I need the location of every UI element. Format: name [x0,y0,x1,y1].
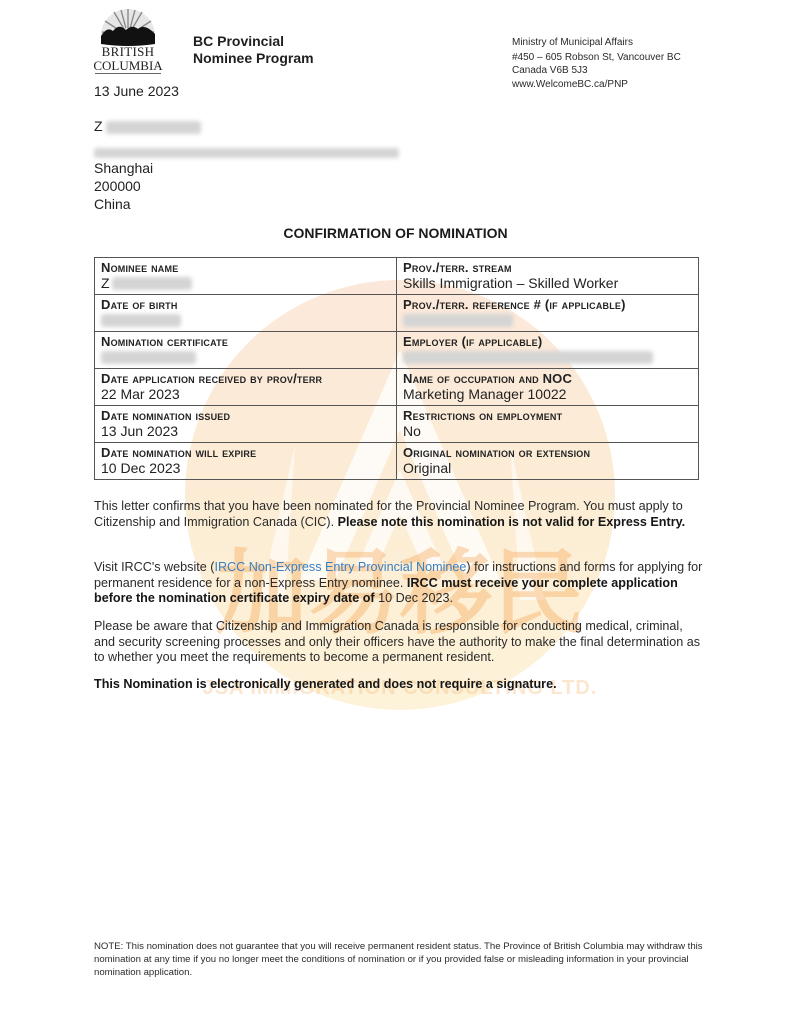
table-cell-right: Name of occupation and NOCMarketing Mana… [397,369,699,406]
paragraph-ircc: Visit IRCC's website (IRCC Non-Express E… [94,560,704,607]
bc-sun-mountains-logo-icon [99,6,157,46]
table-cell-right: Original nomination or extensionOriginal [397,443,699,480]
bc-logo: BRITISH COLUMBIA [89,6,167,74]
field-value: Marketing Manager 10022 [403,386,566,403]
redacted-street [94,148,399,158]
table-cell-left: Date application received by prov/terr22… [95,369,397,406]
footer-note: NOTE: This nomination does not guarantee… [94,941,704,979]
table-cell-left: Date of birth [95,295,397,332]
field-label: Date nomination issued [101,408,390,423]
field-label: Date of birth [101,297,390,312]
table-cell-right: Prov./terr. streamSkills Immigration – S… [397,258,699,295]
redacted-value [101,314,181,327]
field-label: Date nomination will expire [101,445,390,460]
ministry-website: www.WelcomeBC.ca/PNP [512,78,681,91]
table-row: Date nomination issued13 Jun 2023Restric… [95,406,699,443]
table-row: Date of birthProv./terr. reference # (if… [95,295,699,332]
p1-bold-text: Please note this nomination is not valid… [338,515,686,529]
recipient-postal-code: 200000 [94,177,399,195]
recipient-country: China [94,195,399,213]
field-label: Prov./terr. stream [403,260,692,275]
letter-date: 13 June 2023 [94,83,179,99]
redacted-value [403,314,513,327]
table-row: Nominee nameZProv./terr. streamSkills Im… [95,258,699,295]
recipient-street [94,143,399,159]
table-cell-right: Restrictions on employmentNo [397,406,699,443]
field-value: 13 Jun 2023 [101,423,178,440]
redacted-value [112,277,192,290]
table-row: Date nomination will expire10 Dec 2023Or… [95,443,699,480]
ministry-address-line2: Canada V6B 5J3 [512,64,681,77]
paragraph-screening: Please be aware that Citizenship and Imm… [94,619,704,666]
program-title-line1: BC Provincial [193,33,314,50]
field-value: Skills Immigration – Skilled Worker [403,275,618,292]
table-row: Date application received by prov/terr22… [95,369,699,406]
table-row: Nomination certificateEmployer (if appli… [95,332,699,369]
ministry-address-line1: #450 – 605 Robson St, Vancouver BC [512,51,681,64]
recipient-address: Z Shanghai 200000 China [94,117,399,213]
program-title: BC Provincial Nominee Program [193,33,314,67]
field-value: Original [403,460,451,477]
field-value: No [403,423,421,440]
document-title: CONFIRMATION OF NOMINATION [0,225,791,241]
nomination-details-table: Nominee nameZProv./terr. streamSkills Im… [94,257,699,480]
field-label: Prov./terr. reference # (if applicable) [403,297,692,312]
field-label: Nominee name [101,260,390,275]
field-value: Z [101,275,110,292]
recipient-name: Z [94,117,399,135]
logo-text-columbia: COLUMBIA [89,58,167,74]
p2-expiry-date: 10 Dec 2023. [375,591,453,605]
field-label: Original nomination or extension [403,445,692,460]
recipient-city: Shanghai [94,159,399,177]
ministry-name: Ministry of Municipal Affairs [512,36,681,49]
p4-bold-text: This Nomination is electronically genera… [94,677,557,691]
field-value: 10 Dec 2023 [101,460,180,477]
program-title-line2: Nominee Program [193,50,314,67]
redacted-value [403,351,653,364]
field-label: Employer (if applicable) [403,334,692,349]
recipient-name-initial: Z [94,118,103,134]
table-cell-left: Nominee nameZ [95,258,397,295]
table-cell-left: Date nomination issued13 Jun 2023 [95,406,397,443]
table-cell-right: Prov./terr. reference # (if applicable) [397,295,699,332]
logo-underline [95,73,161,74]
table-cell-left: Nomination certificate [95,332,397,369]
redacted-name [106,121,201,134]
field-label: Nomination certificate [101,334,390,349]
table-cell-right: Employer (if applicable) [397,332,699,369]
p2-prefix: Visit IRCC's website ( [94,560,214,574]
field-label: Date application received by prov/terr [101,371,390,386]
field-label: Name of occupation and NOC [403,371,692,386]
redacted-value [101,351,196,364]
ministry-address-block: Ministry of Municipal Affairs #450 – 605… [512,36,681,91]
paragraph-confirmation: This letter confirms that you have been … [94,499,704,530]
field-label: Restrictions on employment [403,408,692,423]
field-value: 22 Mar 2023 [101,386,180,403]
paragraph-signature-note: This Nomination is electronically genera… [94,677,704,693]
table-cell-left: Date nomination will expire10 Dec 2023 [95,443,397,480]
ircc-link[interactable]: IRCC Non-Express Entry Provincial Nomine… [214,560,466,574]
